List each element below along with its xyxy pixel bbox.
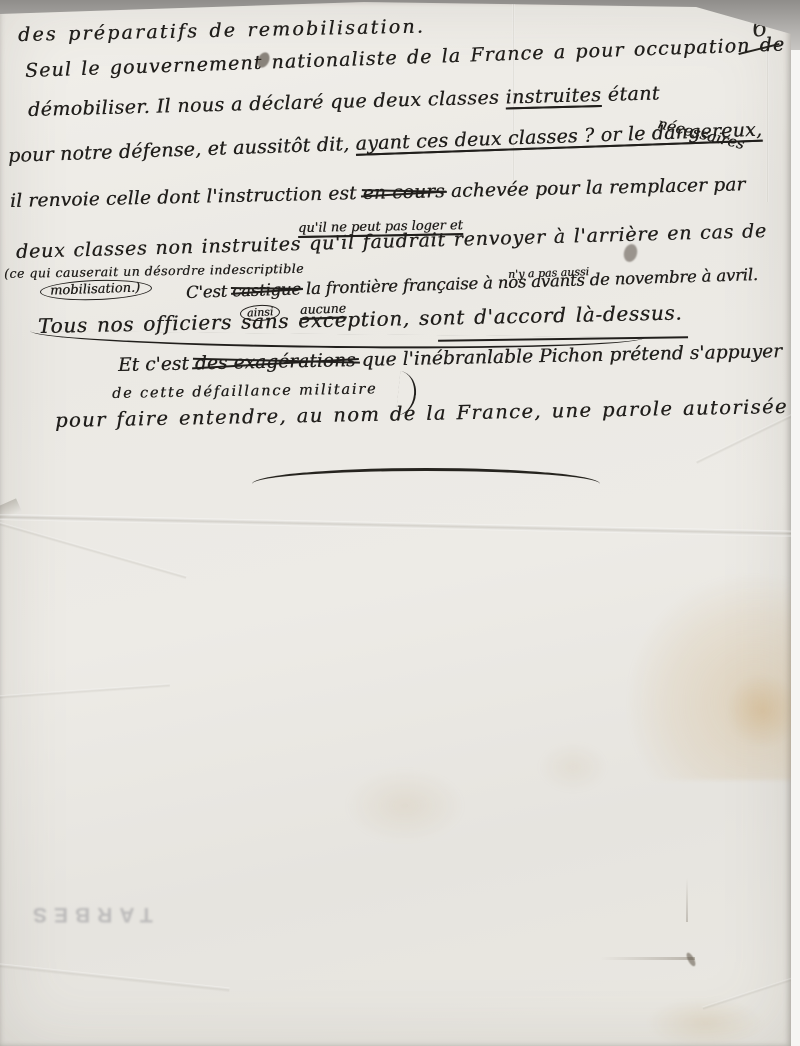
foxing-stain <box>628 575 800 780</box>
handwriting-segment: C'est <box>186 282 233 302</box>
handwriting-line: démobiliser. Il nous a déclaré que deux … <box>28 82 660 121</box>
underlined-text: aucune <box>300 300 347 317</box>
watermark-stamp: TARBES <box>26 902 153 926</box>
paper-crease <box>0 962 230 992</box>
interline-annotation: de cette défaillance militaire <box>112 381 378 402</box>
paper-crease <box>0 683 170 700</box>
handwriting-segment: pour notre défense, et aussitôt dit, <box>8 133 356 167</box>
underlined-text: instruites <box>505 84 601 108</box>
handwriting-line: pour notre défense, et aussitôt dit, aya… <box>8 119 763 167</box>
handwriting-segment: Et c'est <box>118 353 195 376</box>
marginal-note: (ce qui causerait un désordre indescript… <box>4 261 304 281</box>
scanned-manuscript-page: TARBES 6 des préparatifs de remobilisati… <box>0 0 800 1046</box>
inserted-word: aucune <box>300 300 347 317</box>
strikethrough-text: en cours <box>363 181 446 204</box>
paper-crease <box>0 498 22 521</box>
foxing-stain <box>728 672 798 750</box>
circled-text: mobilisation.) <box>40 278 153 302</box>
strikethrough-text: castigue <box>232 279 301 300</box>
foxing-stain <box>538 742 608 792</box>
handwriting-segment: démobiliser. Il nous a déclaré que deux … <box>28 86 506 120</box>
foxing-stain <box>345 768 465 843</box>
ink-smudge <box>685 951 697 967</box>
marginal-note: mobilisation.) <box>40 280 153 299</box>
handwriting-segment: il renvoie celle dont l'instruction est <box>10 183 363 212</box>
paper-crease <box>702 970 800 1011</box>
paper-crease <box>0 521 187 580</box>
paper-crease <box>766 42 769 202</box>
foxing-stain <box>648 998 763 1046</box>
strikethrough-text: des exagérations <box>195 350 356 374</box>
handwriting-line: des préparatifs de remobilisation. <box>18 15 425 46</box>
paper-crease <box>686 878 688 922</box>
handwriting-segment: étant <box>601 82 660 106</box>
flourish-stroke <box>252 468 600 487</box>
paper-crease <box>0 514 800 537</box>
handwriting-line: il renvoie celle dont l'instruction est … <box>10 174 746 212</box>
paper-crease <box>600 957 695 960</box>
manuscript-paper: TARBES 6 des préparatifs de remobilisati… <box>0 0 791 1046</box>
handwriting-segment: achevée pour la remplacer par <box>445 174 746 202</box>
underlined-text: ayant ces deux classes ? or le dangereux… <box>355 119 762 155</box>
